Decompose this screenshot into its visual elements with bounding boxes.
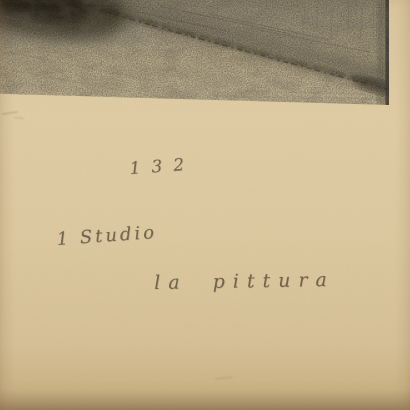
handwritten-line-pittura: la pittura	[154, 269, 335, 294]
pencil-smudge	[14, 116, 24, 119]
pencil-smudge	[215, 376, 233, 380]
artwork-image	[0, 0, 389, 106]
mounted-artwork-page: 132 1 Studio la pittura	[0, 0, 410, 410]
charcoal-drawing	[0, 0, 389, 106]
handwritten-number: 132	[129, 154, 196, 179]
pencil-smudge	[2, 111, 18, 115]
handwritten-line-studio: 1 Studio	[56, 222, 158, 250]
